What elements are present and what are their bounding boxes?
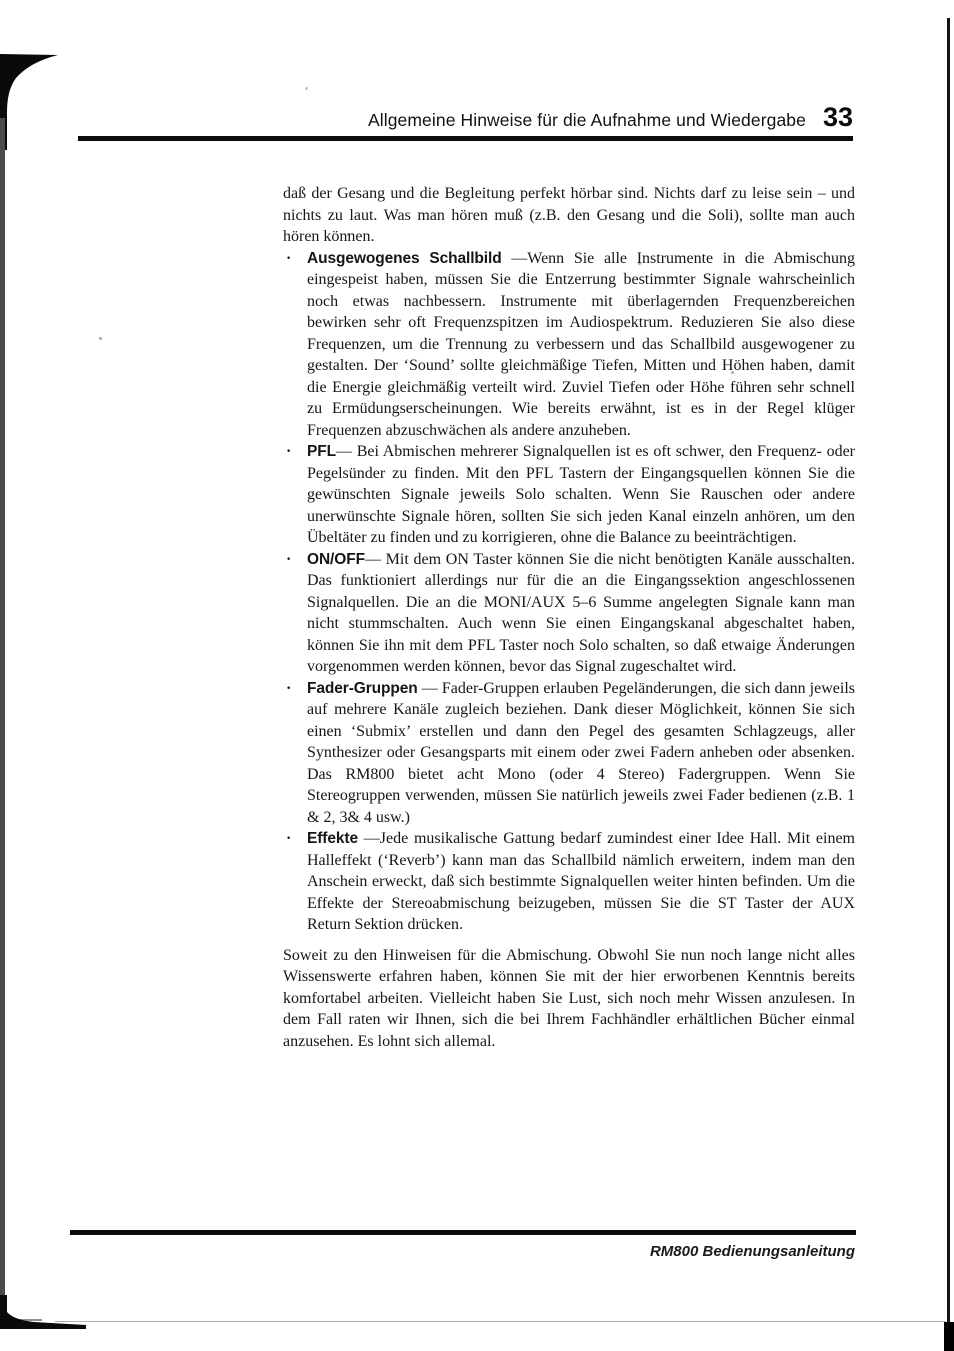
body-text: daß der Gesang und die Begleitung perfek… <box>283 183 855 1052</box>
bullet-marker: · <box>286 678 291 700</box>
list-item-schallbild: ·Ausgewogenes Schallbild —Wenn Sie alle … <box>283 248 855 442</box>
header-rule <box>78 136 853 141</box>
intro-paragraph: daß der Gesang und die Begleitung perfek… <box>283 183 855 248</box>
bullet-text: — Bei Abmischen mehrerer Signalquellen i… <box>307 443 855 546</box>
bullet-text: — Mit dem ON Taster können Sie die nicht… <box>307 551 855 676</box>
scan-corner-top-left <box>0 0 80 150</box>
list-item-effekte: ·Effekte —Jede musikalische Gattung beda… <box>283 828 855 936</box>
bullet-term: Fader-Gruppen <box>307 680 418 697</box>
list-item-on-off: ·ON/OFF— Mit dem ON Taster können Sie di… <box>283 549 855 678</box>
bullet-marker: · <box>286 248 291 270</box>
scan-edge-left <box>0 118 5 1310</box>
bullet-list: ·Ausgewogenes Schallbild —Wenn Sie alle … <box>283 248 855 936</box>
scan-corner-bottom-left <box>0 1280 100 1340</box>
manual-page: Allgemeine Hinweise für die Aufnahme und… <box>0 0 954 1351</box>
bullet-term: Effekte <box>307 830 358 847</box>
bullet-term: PFL <box>307 443 336 460</box>
closing-paragraph: Soweit zu den Hinweisen für die Abmischu… <box>283 945 855 1053</box>
scan-edge-right-bottom <box>944 1322 954 1351</box>
page-header: Allgemeine Hinweise für die Aufnahme und… <box>368 102 853 133</box>
footer-rule <box>70 1230 856 1235</box>
bullet-text: —Jede musikalische Gattung bedarf zumind… <box>307 830 855 933</box>
bullet-term: Ausgewogenes Schallbild <box>307 250 502 267</box>
scan-edge-right <box>947 18 950 1322</box>
footer-booklet-title: RM800 Bedienungsanleitung <box>650 1243 855 1260</box>
scan-dash-bottom-left <box>0 1319 42 1321</box>
scan-speck <box>99 337 102 340</box>
bullet-marker: · <box>286 828 291 850</box>
list-item-fader-gruppen: ·Fader-Gruppen — Fader-Gruppen erlauben … <box>283 678 855 829</box>
page-number: 33 <box>823 102 853 133</box>
list-item-pfl: ·PFL— Bei Abmischen mehrerer Signalquell… <box>283 441 855 549</box>
bullet-text: —Wenn Sie alle Instrumente in die Abmisc… <box>307 250 855 439</box>
bullet-text: — Fader-Gruppen erlauben Pegeländerungen… <box>307 680 855 826</box>
bullet-term: ON/OFF <box>307 551 365 568</box>
bullet-marker: · <box>286 441 291 463</box>
running-head-title: Allgemeine Hinweise für die Aufnahme und… <box>368 110 806 131</box>
bullet-marker: · <box>286 549 291 571</box>
scan-line-bottom <box>55 1321 946 1322</box>
scan-speck <box>305 87 308 90</box>
